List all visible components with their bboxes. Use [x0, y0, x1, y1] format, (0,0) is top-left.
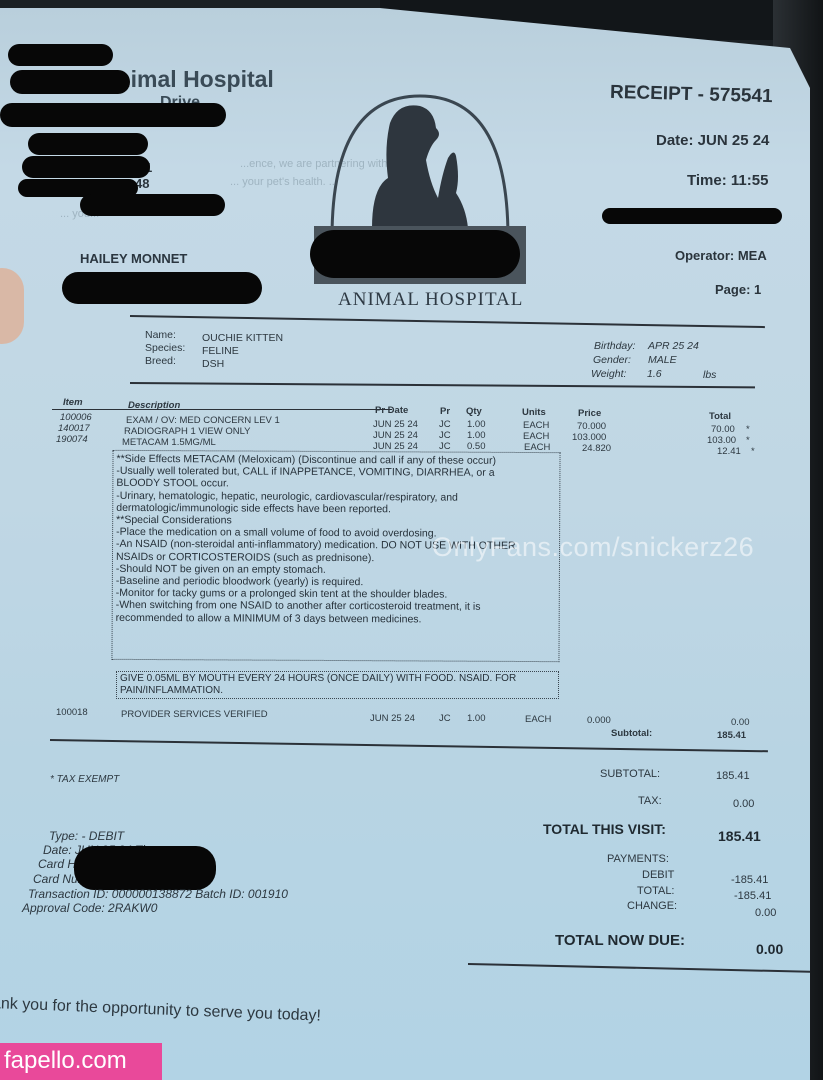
site-badge: fapello.com: [0, 1043, 162, 1080]
receipt-page: Page: 1: [715, 282, 761, 297]
row-pr: JC: [439, 441, 451, 452]
row-total: 103.00: [707, 435, 736, 446]
transaction-id: Transaction ID: 000000138872 Batch ID: 0…: [28, 887, 288, 901]
redaction-bar: [8, 44, 113, 66]
col-pr: Pr: [440, 406, 450, 417]
divider: [130, 382, 755, 388]
row-units: EACH: [523, 431, 549, 442]
debit-value: -185.41: [731, 874, 768, 886]
totals-subtotal-label: SUBTOTAL:: [600, 768, 660, 780]
patient-gender-label: Gender:: [593, 354, 631, 366]
watermark-text: OnlyFans.com/snickerz26: [432, 532, 754, 563]
row-qty: 1.00: [467, 419, 486, 430]
row-price: 103.000: [572, 432, 606, 443]
divider: [52, 409, 392, 410]
row-qty: 1.00: [467, 430, 486, 441]
row-price: 0.000: [587, 715, 611, 726]
patient-species: FELINE: [202, 345, 239, 357]
patient-weight-label: Weight:: [591, 368, 626, 380]
row-flag: *: [746, 435, 750, 446]
redaction-bar: [22, 156, 150, 178]
receipt-time: Time: 11:55: [687, 172, 768, 189]
row-description: METACAM 1.5MG/ML: [122, 437, 216, 448]
debit-label: DEBIT: [642, 869, 674, 881]
row-price: 24.820: [582, 443, 611, 454]
patient-breed-label: Breed:: [145, 355, 176, 367]
redaction-bar: [310, 230, 520, 278]
logo-caption: ANIMAL HOSPITAL: [338, 289, 523, 311]
instruction-line: PAIN/INFLAMMATION.: [120, 685, 555, 697]
payment-type: Type: - DEBIT: [49, 829, 124, 843]
tax-exempt-note: * TAX EXEMPT: [50, 774, 119, 785]
row-item: 100018: [56, 707, 88, 718]
divider: [50, 739, 768, 752]
thank-you-message: ank you for the opportunity to serve you…: [0, 995, 321, 1026]
row-price: 70.000: [577, 421, 606, 432]
col-units: Units: [522, 407, 546, 418]
row-qty: 1.00: [467, 713, 486, 724]
redaction-bar: [74, 846, 216, 890]
total-now-due: 0.00: [756, 941, 783, 957]
row-pr: JC: [439, 419, 451, 430]
patient-name-label: Name:: [145, 329, 176, 341]
row-description: PROVIDER SERVICES VERIFIED: [121, 709, 268, 720]
patient-weight-unit: lbs: [703, 369, 716, 381]
row-pr: JC: [439, 713, 451, 724]
total-now-due-label: TOTAL NOW DUE:: [555, 932, 685, 949]
approval-code: Approval Code: 2RAKW0: [22, 901, 157, 915]
thumb: [0, 268, 24, 344]
row-qty: 0.50: [467, 441, 486, 452]
row-item: 140017: [58, 423, 90, 434]
row-pr: JC: [439, 430, 451, 441]
row-total: 12.41: [717, 446, 741, 457]
redaction-bar: [28, 133, 148, 155]
redaction-bar: [62, 272, 262, 304]
receipt-operator: Operator: MEA: [675, 248, 767, 263]
col-item: Item: [63, 397, 83, 408]
row-total: 0.00: [731, 717, 750, 728]
row-description: RADIOGRAPH 1 VIEW ONLY: [124, 426, 251, 437]
totals-tax-label: TAX:: [638, 795, 662, 807]
col-pr-date: Pr Date: [375, 405, 408, 416]
row-item: 100006: [60, 412, 92, 423]
dosage-instructions: GIVE 0.05ML BY MOUTH EVERY 24 HOURS (ONC…: [116, 671, 559, 699]
redaction-bar: [10, 70, 130, 94]
payment-total-label: TOTAL:: [637, 885, 675, 897]
hospital-logo-icon: [310, 88, 530, 318]
row-pr-date: JUN 25 24: [373, 419, 418, 430]
divider: [468, 963, 813, 973]
patient-species-label: Species:: [145, 342, 185, 354]
col-total: Total: [709, 411, 731, 422]
payments-label: PAYMENTS:: [607, 853, 669, 865]
row-description: EXAM / OV: MED CONCERN LEV 1: [126, 415, 280, 426]
payment-total: -185.41: [734, 890, 771, 902]
redaction-bar: [80, 194, 225, 216]
col-qty: Qty: [466, 406, 482, 417]
receipt-paper: Animal Hospital Drive 1 48 ...ence, we a…: [0, 8, 810, 1080]
totals-subtotal: 185.41: [716, 770, 750, 782]
totals-tax: 0.00: [733, 798, 754, 810]
patient-weight: 1.6: [647, 368, 662, 380]
row-pr-date: JUN 25 24: [370, 713, 415, 724]
change-value: 0.00: [755, 907, 776, 919]
row-pr-date: JUN 25 24: [373, 430, 418, 441]
note-line: recommended to allow a MINIMUM of 3 days…: [116, 611, 556, 626]
row-total: 70.00: [711, 424, 735, 435]
row-item: 190074: [56, 434, 88, 445]
total-visit-label: TOTAL THIS VISIT:: [543, 821, 666, 837]
receipt-date: Date: JUN 25 24: [656, 132, 769, 149]
client-name: HAILEY MONNET: [80, 251, 187, 266]
subtotal-label: Subtotal:: [611, 728, 652, 739]
change-label: CHANGE:: [627, 900, 677, 912]
patient-birthday: APR 25 24: [648, 340, 699, 352]
patient-name: OUCHIE KITTEN: [202, 332, 283, 344]
patient-gender: MALE: [648, 354, 677, 366]
patient-breed: DSH: [202, 358, 224, 370]
col-price: Price: [578, 408, 601, 419]
row-flag: *: [746, 424, 750, 435]
total-visit: 185.41: [718, 828, 761, 844]
instruction-line: GIVE 0.05ML BY MOUTH EVERY 24 HOURS (ONC…: [120, 673, 555, 685]
patient-birthday-label: Birthday:: [594, 340, 635, 352]
redaction-bar: [602, 208, 782, 224]
subtotal-value: 185.41: [717, 730, 746, 741]
row-units: EACH: [523, 420, 549, 431]
redaction-bar: [0, 103, 226, 127]
row-units: EACH: [525, 714, 551, 725]
row-flag: *: [751, 446, 755, 457]
receipt-title: RECEIPT - 575541: [610, 82, 773, 108]
